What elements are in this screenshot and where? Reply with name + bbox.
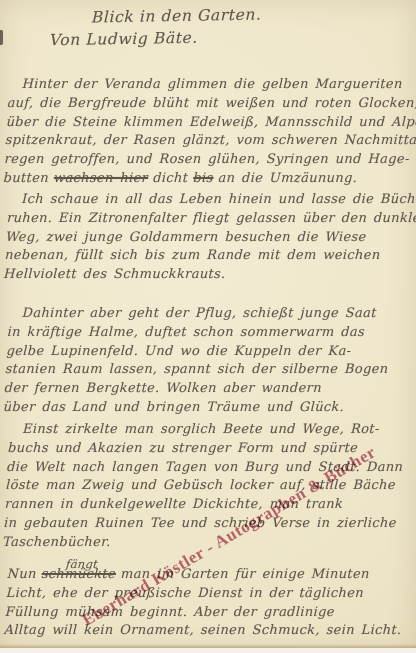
manuscript-line: Weg, zwei junge Goldammern besuchen die … <box>6 229 413 248</box>
paragraph: Ich schaue in all das Leben hinein und l… <box>4 191 415 285</box>
manuscript-line: auf, die Bergfreude blüht mit weißen und… <box>7 95 414 114</box>
manuscript-line: Licht, ehe der preußische Dienst in der … <box>6 585 413 604</box>
manuscript-line: in kräftige Halme, duftet schon sommerwa… <box>7 324 414 343</box>
manuscript-line: in gebauten Ruinen Tee und schrieb Verse… <box>4 515 411 534</box>
manuscript-line: Alltag will kein Ornament, seinen Schmuc… <box>4 622 411 641</box>
scan-edge-strip <box>0 648 416 653</box>
manuscript-line: stanien Raum lassen, spannt sich der sil… <box>5 361 412 380</box>
page-title: Blick in den Garten. <box>92 6 262 27</box>
manuscript-line: Dahinter aber geht der Pflug, schießt ju… <box>8 305 415 324</box>
manuscript-line-corrected: buttenwachsen hierdichtbisan die Umzäunu… <box>3 170 410 189</box>
line-segment: dicht <box>153 171 189 186</box>
manuscript-line-corrected: fängt Nunschmückteman im Garten für eini… <box>7 566 414 585</box>
manuscript-line: über das Land und bringen Träume und Glü… <box>3 399 410 418</box>
paragraph: fängt Nunschmückteman im Garten für eini… <box>4 566 414 641</box>
manuscript-line: der fernen Bergkette. Wolken aber wander… <box>4 380 411 399</box>
struck-word: bis <box>193 171 214 186</box>
manuscript-page: Blick in den Garten. Von Ludwig Bäte. Hi… <box>0 0 416 653</box>
manuscript-line: löste man Zweig und Gebüsch locker auf, … <box>6 477 413 496</box>
inserted-word: fängt <box>65 555 99 574</box>
byline: Von Ludwig Bäte. <box>50 29 199 50</box>
paragraph: Dahinter aber geht der Pflug, schießt ju… <box>3 305 415 418</box>
manuscript-line: Einst zirkelte man sorglich Beete und We… <box>8 421 415 440</box>
line-segment: an die Umzäunung. <box>218 171 358 186</box>
struck-word: wachsen hier <box>54 171 149 186</box>
manuscript-line: rannen in dunkelgewellte Dickichte, man … <box>5 496 412 515</box>
manuscript-line: gelbe Lupinenfeld. Und wo die Kuppeln de… <box>6 343 413 362</box>
manuscript-line: spitzenkraut, der Rasen glänzt, vom schw… <box>5 132 412 151</box>
manuscript-line: Ich schaue in all das Leben hinein und l… <box>7 191 414 210</box>
manuscript-line: ruhen. Ein Zitronenfalter fliegt gelasse… <box>6 210 413 229</box>
manuscript-line: Hellviolett des Schmuckkrauts. <box>4 266 411 285</box>
manuscript-line: über die Steine klimmen Edelweiß, Mannss… <box>6 114 413 133</box>
manuscript-line: nebenan, füllt sich bis zum Rande mit de… <box>5 247 412 266</box>
manuscript-line: regen getroffen, und Rosen glühen, Syrin… <box>4 151 411 170</box>
line-segment: Nun <box>7 567 37 582</box>
paper-edge-mark <box>0 30 3 45</box>
manuscript-line: Hinter der Veranda glimmen die gelben Ma… <box>8 76 415 95</box>
line-segment: butten <box>3 171 49 186</box>
paragraph: Hinter der Veranda glimmen die gelben Ma… <box>3 76 415 189</box>
paragraph: Einst zirkelte man sorglich Beete und We… <box>3 421 416 553</box>
manuscript-line: Füllung mühsam beginnt. Aber der gradlin… <box>5 604 412 623</box>
